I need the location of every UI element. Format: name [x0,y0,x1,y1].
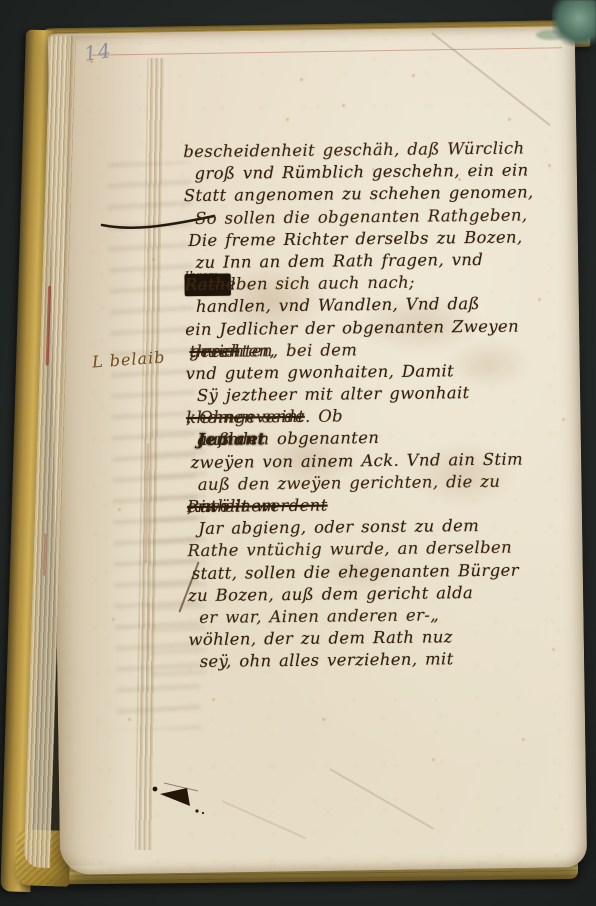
red-edge-mark [46,286,51,366]
manuscript-text: bescheidenheit geschäh, daß Würclichgroß… [183,137,587,674]
ink-blot [150,774,222,822]
clasp-green-spot [552,0,596,46]
red-edge-mark [43,534,46,576]
photo-background: 14 L belaib bescheidenheit geschäh, daß … [0,0,596,906]
folio-number: 14 [82,38,113,66]
manuscript-line: seÿ, ohn alles verziehen, mit [200,647,587,673]
